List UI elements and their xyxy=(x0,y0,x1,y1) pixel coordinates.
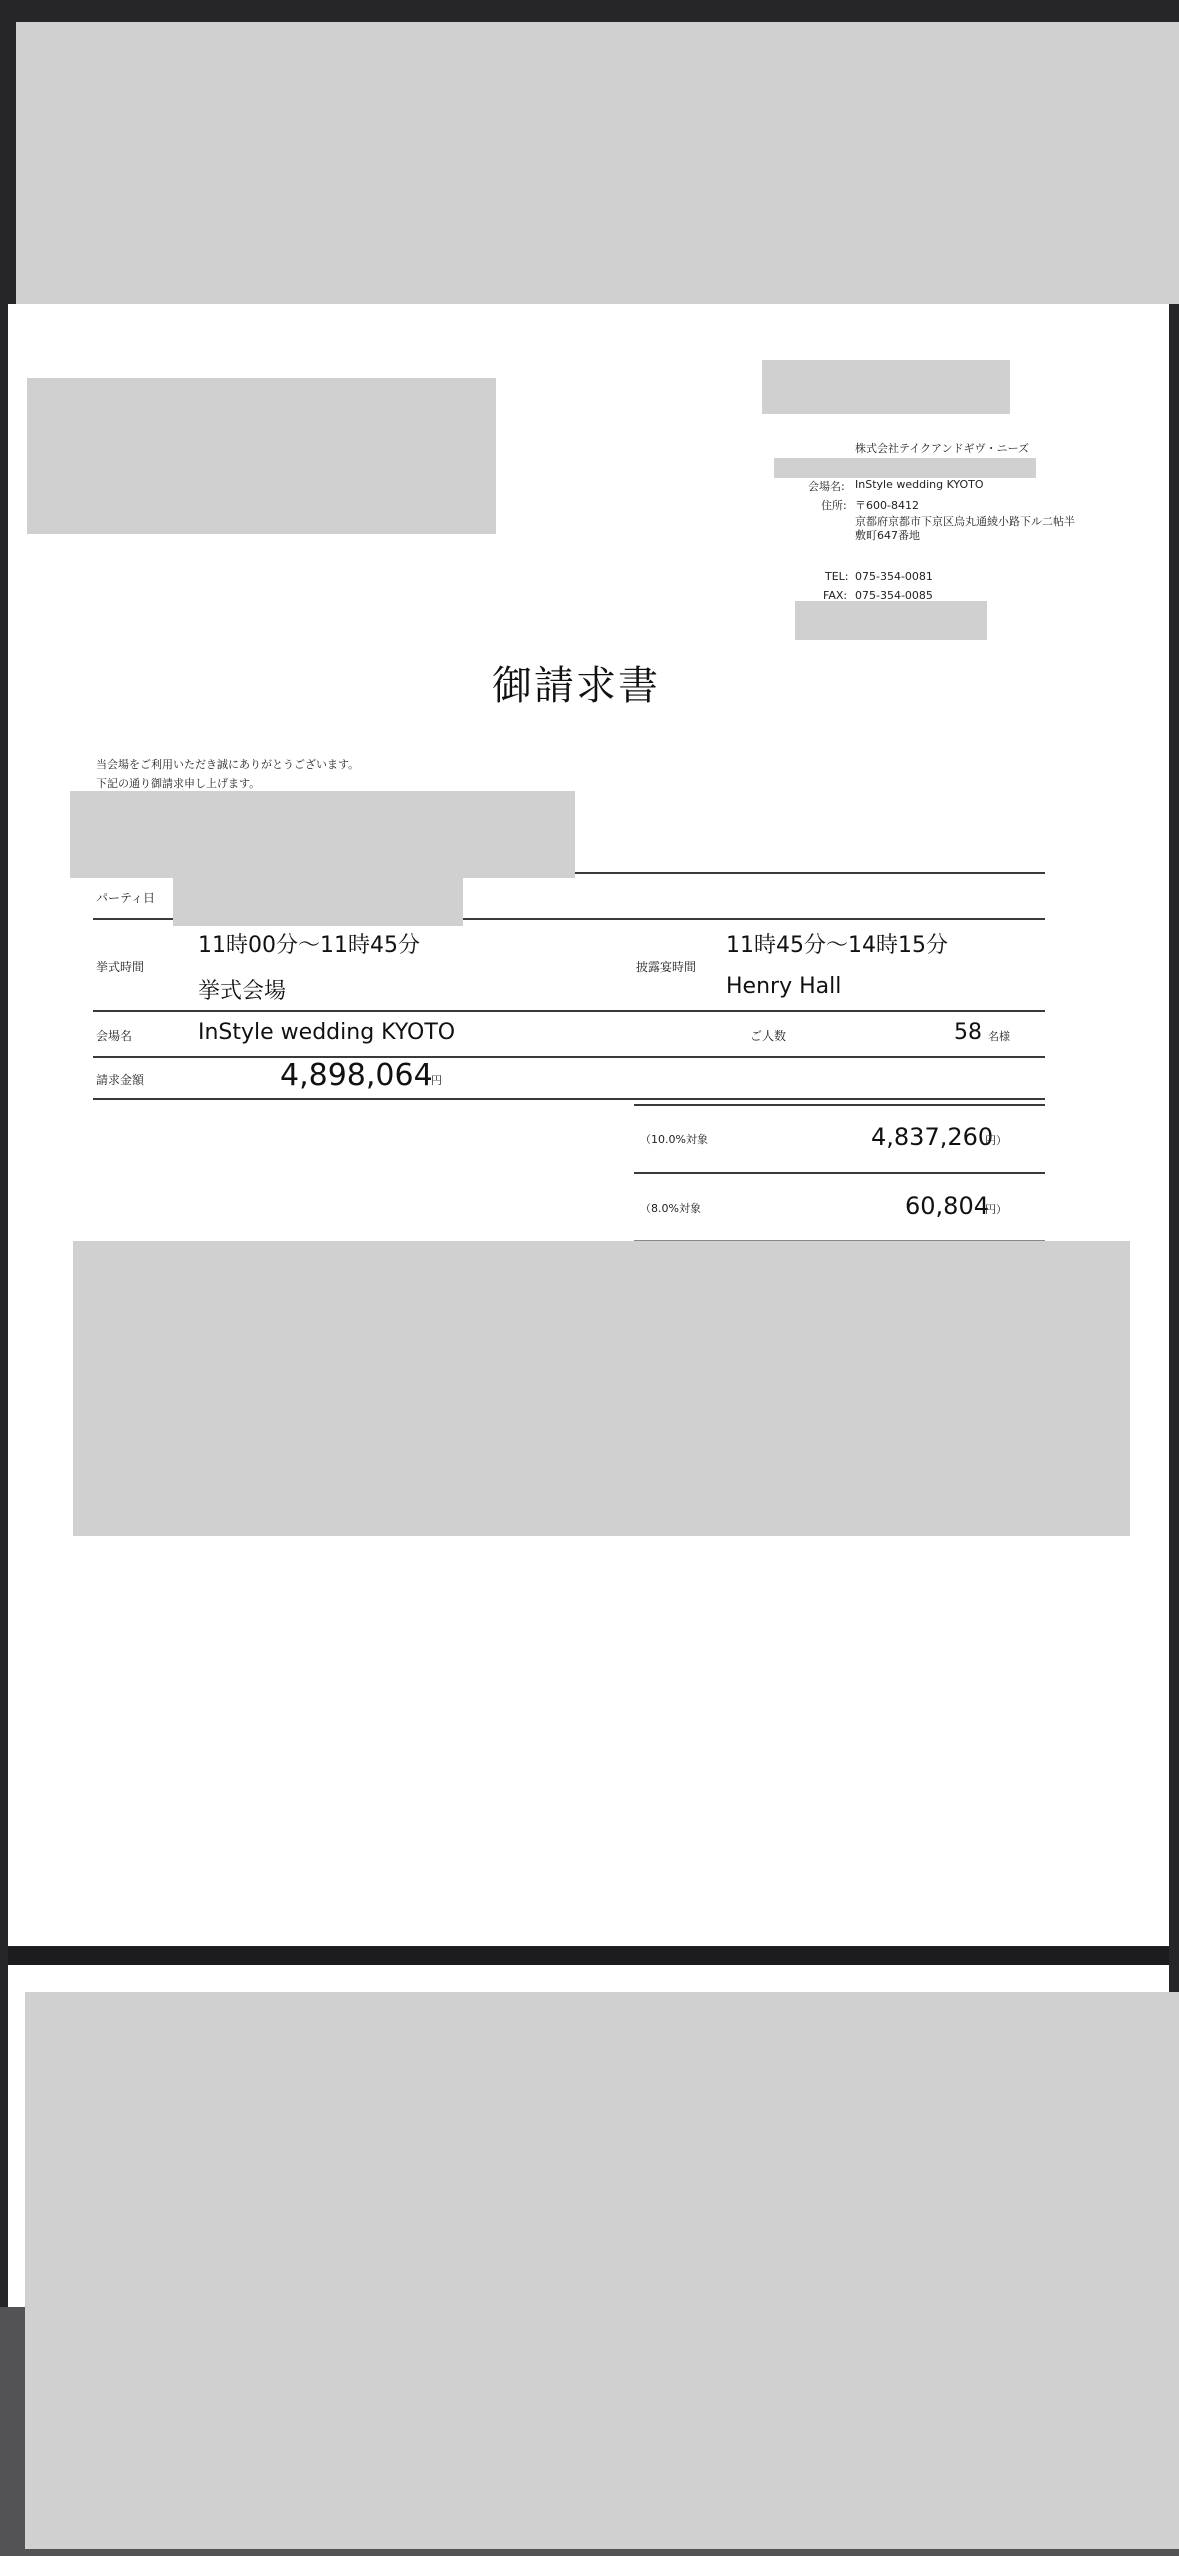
venue-name: InStyle wedding KYOTO xyxy=(198,1020,455,1045)
redacted-details-block xyxy=(73,1241,1130,1536)
issuer-company: 株式会社テイクアンドギヴ・ニーズ xyxy=(855,440,1029,456)
tax-8-unit: 円） xyxy=(985,1201,1007,1217)
table-rule-venue xyxy=(93,1056,1045,1058)
tax-10-unit: 円） xyxy=(985,1132,1007,1148)
greeting-line-1: 当会場をご利用いただき誠にありがとうございます。 xyxy=(96,756,359,772)
issuer-address-line2: 敷町647番地 xyxy=(855,527,920,543)
ceremony-time-label: 挙式時間 xyxy=(96,958,144,975)
greeting-line-2: 下記の通り御請求申し上げます。 xyxy=(96,775,260,791)
table-rule-party-date-right xyxy=(463,918,1045,920)
table-rule-top xyxy=(575,872,1045,874)
redacted-customer-name xyxy=(70,791,575,878)
issuer-postal: 〒600-8412 xyxy=(855,497,919,513)
guests-label: ご人数 xyxy=(750,1027,786,1044)
party-date-label: パーティ日 xyxy=(96,889,155,906)
issuer-venue: InStyle wedding KYOTO xyxy=(855,478,984,491)
redacted-next-page xyxy=(25,1992,1179,2549)
redacted-issuer-line xyxy=(774,458,1036,478)
ceremony-time: 11時00分〜11時45分 xyxy=(198,928,420,959)
issuer-address-label: 住所: xyxy=(821,497,847,513)
guests-unit: 名様 xyxy=(988,1028,1010,1044)
tax-rule-middle xyxy=(634,1172,1045,1174)
ceremony-place: 挙式会場 xyxy=(198,974,286,1005)
issuer-tel: 075-354-0081 xyxy=(855,570,933,583)
reception-time: 11時45分〜14時15分 xyxy=(726,928,948,959)
total-label: 請求金額 xyxy=(96,1071,144,1088)
redacted-stamp xyxy=(795,601,987,640)
redacted-party-date xyxy=(173,877,463,926)
reception-time-label: 披露宴時間 xyxy=(636,958,696,975)
issuer-tel-label: TEL: xyxy=(825,570,849,583)
guests-value: 58 xyxy=(954,1020,982,1045)
redacted-logo xyxy=(762,360,1010,414)
redacted-top-page xyxy=(16,22,1179,304)
tax-8-amount: 60,804 xyxy=(905,1192,989,1220)
reception-place: Henry Hall xyxy=(726,974,841,999)
total-amount: 4,898,064 xyxy=(280,1058,433,1093)
issuer-venue-label: 会場名: xyxy=(808,478,845,494)
issuer-fax-label: FAX: xyxy=(823,589,847,602)
venue-label: 会場名 xyxy=(96,1027,132,1044)
invoice-page xyxy=(8,304,1169,1946)
table-rule-total xyxy=(93,1098,1045,1100)
table-rule-party-date-left xyxy=(93,918,173,920)
document-title: 御請求書 xyxy=(492,654,660,711)
table-rule-times xyxy=(93,1010,1045,1012)
issuer-fax: 075-354-0085 xyxy=(855,589,933,602)
tax-10-amount: 4,837,260 xyxy=(871,1123,993,1151)
tax-10-label: （10.0%対象 xyxy=(640,1131,708,1147)
redacted-recipient xyxy=(27,378,496,534)
tax-8-label: （8.0%対象 xyxy=(640,1200,701,1216)
tax-rule-top xyxy=(634,1104,1045,1106)
page-gap xyxy=(8,1947,1169,1965)
total-unit: 円 xyxy=(431,1072,442,1088)
